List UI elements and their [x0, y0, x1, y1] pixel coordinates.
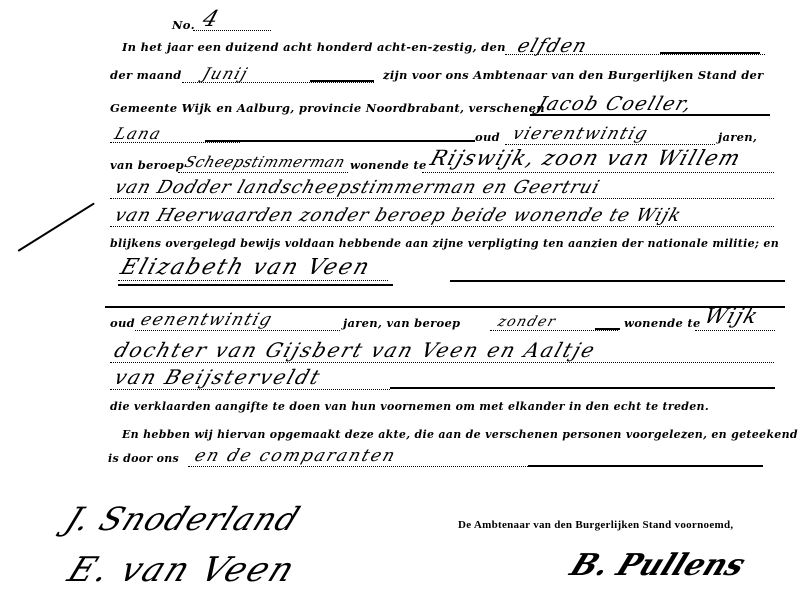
official-line-text: zijn voor ons Ambtenaar van den Burgerli… [383, 68, 764, 82]
closing-text: En hebben wij hiervan opgemaakt deze akt… [122, 428, 798, 442]
record-number-label: No. [172, 18, 195, 32]
signed-by-rule [188, 466, 528, 467]
bride-name-rule-dotted [118, 280, 388, 281]
signed-by-label: is door ons [108, 452, 179, 466]
marriage-month: Junij [200, 64, 251, 84]
official-caption: De Ambtenaar van den Burgerlijken Stand … [458, 518, 733, 532]
bride-parents-1: dochter van Gijsbert van Veen en Aaltje [112, 340, 599, 360]
bride-name-rule-extend [450, 280, 785, 282]
official-signature: B. Pullens [565, 548, 750, 583]
signed-by-rule-solid [528, 465, 763, 467]
bride-parents-rule-1 [110, 362, 774, 363]
groom-residence: Rijswijk, zoon van Willem [428, 148, 744, 168]
bride-residence: Wijk [702, 306, 762, 326]
groom-name-part2: Lana [112, 124, 165, 144]
bride-signature: E. van Veen [62, 550, 302, 590]
groom-occupation: Scheepstimmerman [182, 152, 348, 172]
month-label: der maand [110, 68, 182, 82]
marriage-day: elfden [515, 36, 590, 56]
month-rule-solid [310, 80, 374, 82]
groom-name-part1: Jacob Coeller, [535, 94, 695, 114]
bride-occupation-label: jaren, van beroep [343, 316, 460, 330]
groom-occupation-label: van beroep [110, 158, 184, 172]
groom-parents-rule-1 [110, 198, 774, 199]
bride-parents-2: van Beijsterveldt [112, 367, 324, 387]
flourish-stroke [17, 202, 94, 251]
groom-residence-label: wonende te [350, 158, 427, 172]
bride-parents-rule-2-solid [390, 387, 775, 389]
bride-age-rule [135, 330, 340, 331]
groom-parents-rule-2 [110, 226, 774, 227]
blank-rule [105, 306, 785, 308]
bride-occupation: zonder [495, 312, 559, 332]
groom-occupation-rule [178, 172, 348, 173]
bride-parents-rule-2 [110, 389, 390, 390]
bride-name-rule [118, 284, 393, 286]
groom-signature: J. Snoderland [60, 500, 306, 538]
groom-age-unit: jaren, [718, 130, 757, 144]
groom-age: vierentwintig [510, 124, 651, 144]
groom-residence-rule [422, 172, 774, 173]
groom-age-rule [505, 144, 715, 145]
municipality-text: Gemeente Wijk en Aalburg, provincie Noor… [110, 101, 545, 115]
declaration-text: die verklaarden aangifte te doen van hun… [110, 400, 709, 414]
groom-parents-1: van Dodder landscheepstimmerman en Geert… [112, 178, 603, 198]
bride-occupation-rule-solid [595, 328, 620, 330]
bride-name: Elizabeth van Veen [118, 258, 373, 278]
groom-parents-2: van Heerwaarden zonder beroep beide wone… [112, 206, 684, 226]
record-number-value: 4 [200, 10, 222, 30]
signed-by-value: en de comparanten [192, 446, 399, 466]
bride-residence-label: wonende te [624, 316, 701, 330]
militia-text: blijkens overgelegd bewijs voldaan hebbe… [110, 237, 779, 251]
bride-age-label: oud [110, 316, 135, 330]
bride-age: eenentwintig [138, 310, 275, 330]
day-rule-solid [660, 52, 760, 54]
bride-residence-rule [695, 330, 775, 331]
groom-name2-rule-solid [205, 140, 475, 142]
line-year-text: In het jaar een duizend acht honderd ach… [122, 40, 506, 54]
groom-age-label: oud [475, 130, 500, 144]
